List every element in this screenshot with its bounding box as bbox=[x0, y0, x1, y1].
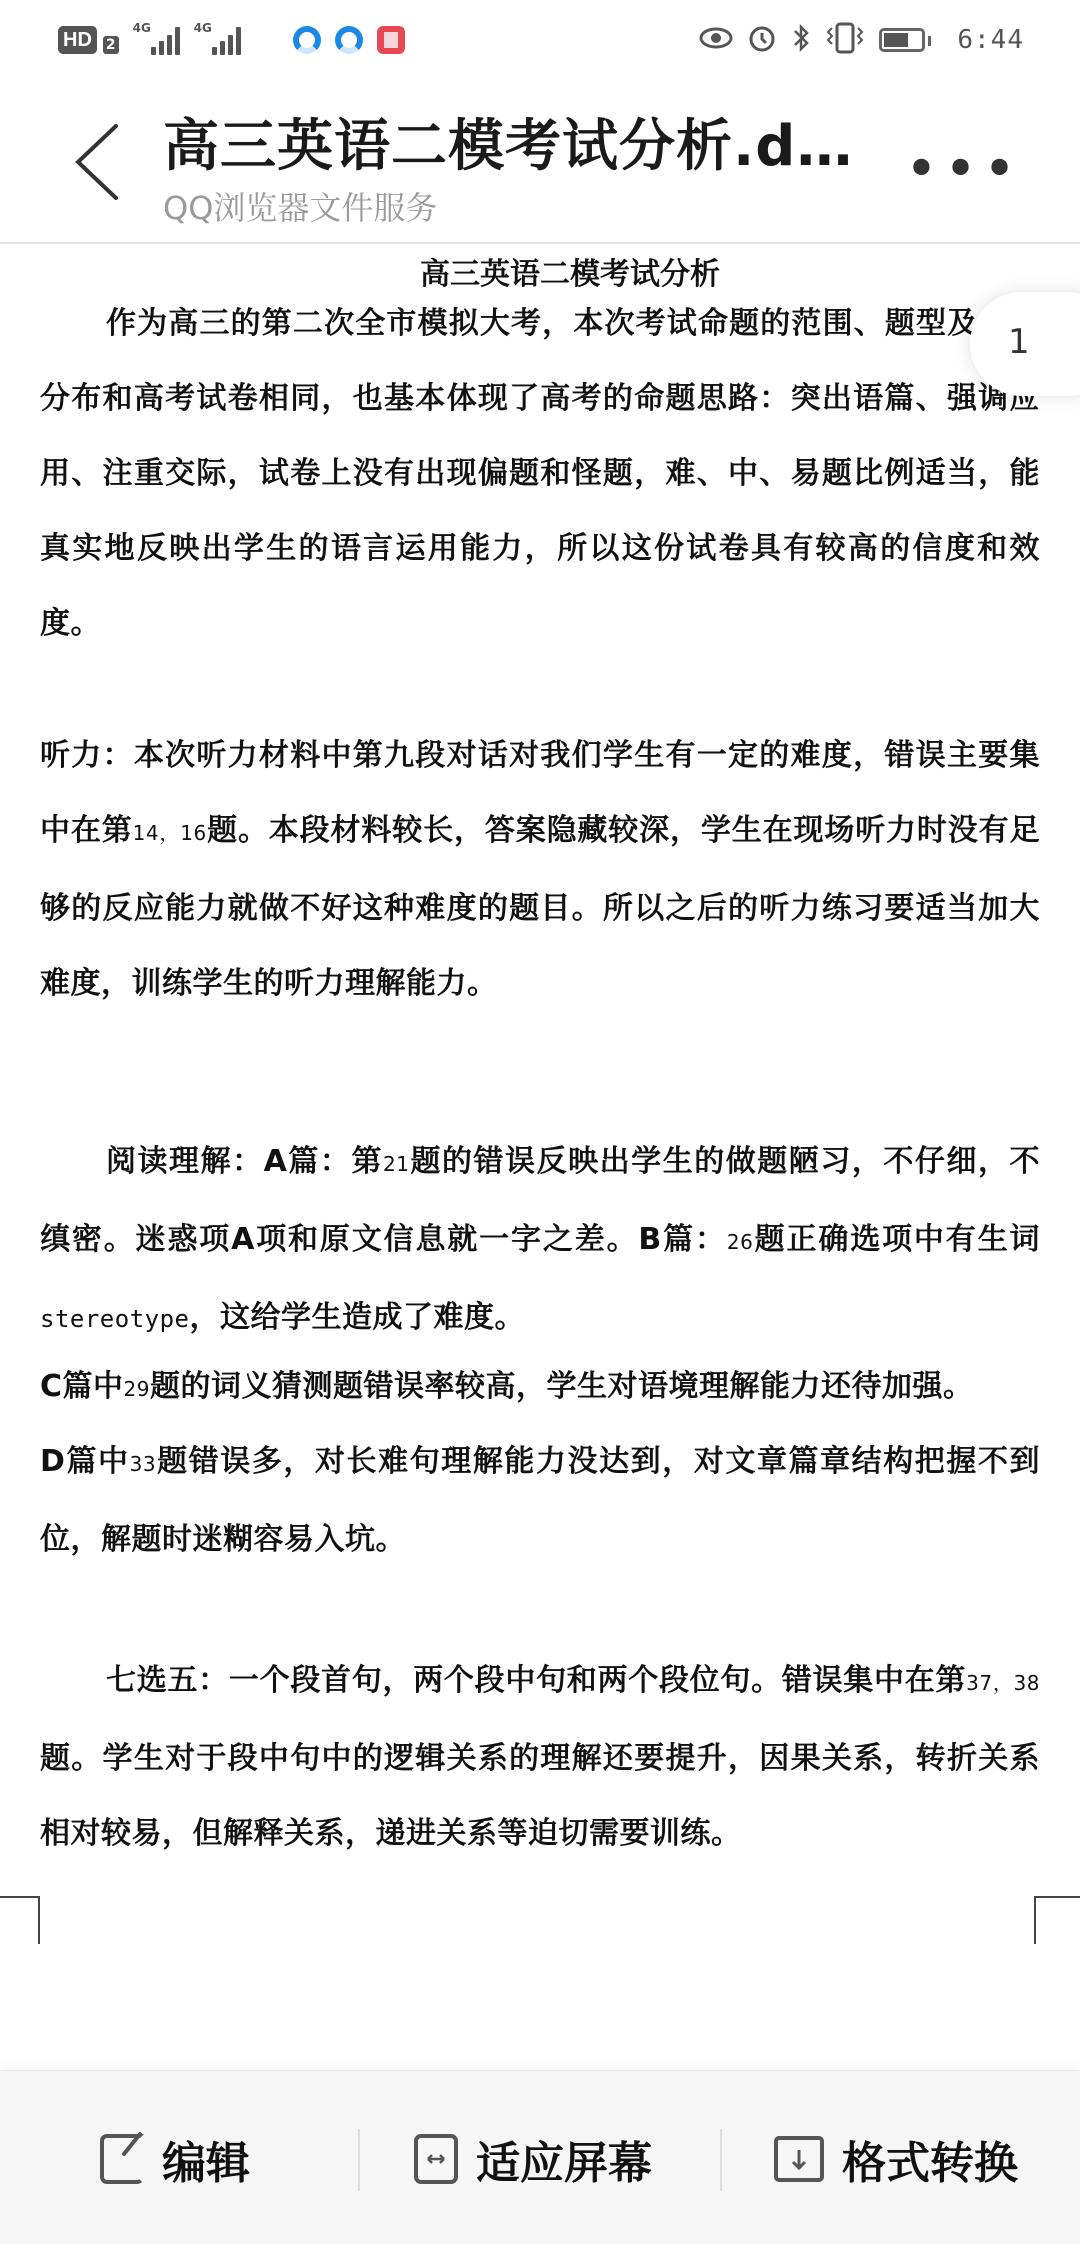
format-convert-button[interactable]: 格式转换 bbox=[774, 2129, 1018, 2189]
fit-width-icon bbox=[414, 2134, 458, 2184]
fit-screen-button[interactable]: 适应屏幕 bbox=[414, 2129, 652, 2189]
question-number: 33 bbox=[130, 1452, 156, 1476]
status-bar-right: 6:44 bbox=[699, 20, 1024, 60]
toolbar-divider bbox=[358, 2129, 360, 2191]
file-source: QQ浏览器文件服务 bbox=[163, 183, 437, 229]
alarm-icon bbox=[747, 23, 777, 58]
signal-4g-icon: 4G bbox=[133, 25, 180, 55]
file-title: 高三英语二模考试分析.d… bbox=[163, 102, 853, 182]
paragraph-seven-choose-five: 七选五：一个段首句，两个段中句和两个段位句。错误集中在第37，38题。学生对于段… bbox=[40, 1643, 1040, 1871]
bottom-toolbar: 编辑 适应屏幕 格式转换 bbox=[0, 2070, 1080, 2244]
chevron-left-icon bbox=[72, 122, 120, 202]
hd-sim-index: 2 bbox=[103, 36, 119, 54]
question-number: 26 bbox=[727, 1230, 753, 1254]
page-indicator[interactable]: 1 bbox=[970, 292, 1080, 396]
paragraph-reading-c: C篇中29题的词义猜测题错误率较高，学生对语境理解能力还待加强。 bbox=[40, 1349, 1040, 1427]
back-button[interactable] bbox=[72, 122, 120, 202]
edit-button[interactable]: 编辑 bbox=[100, 2129, 250, 2189]
paragraph-listening: 听力：本次听力材料中第九段对话对我们学生有一定的难度，错误主要集中在第14，16… bbox=[40, 718, 1040, 1021]
more-menu-button[interactable]: ••• bbox=[905, 150, 1022, 190]
status-bar-left: HD 2 4G 4G bbox=[58, 22, 405, 58]
edit-icon bbox=[100, 2134, 144, 2184]
reader-app-icon bbox=[377, 26, 405, 54]
qq-browser-icon bbox=[335, 26, 363, 54]
bluetooth-icon bbox=[791, 23, 811, 58]
vibrate-icon bbox=[825, 22, 865, 59]
page-corner-mark-left bbox=[0, 1896, 40, 1944]
question-number: 37，38 bbox=[966, 1671, 1040, 1695]
paragraph-reading: 阅读理解：A篇：第21题的错误反映出学生的做题陋习，不仔细，不缜密。迷惑项A项和… bbox=[40, 1124, 1040, 1357]
clock: 6:44 bbox=[957, 25, 1024, 55]
hd-icon: HD bbox=[58, 26, 97, 54]
document-viewer[interactable]: 高三英语二模考试分析 作为高三的第二次全市模拟大考，本次考试命题的范围、题型及分… bbox=[0, 244, 1080, 2064]
qq-browser-icon bbox=[293, 26, 321, 54]
question-number: 29 bbox=[124, 1377, 150, 1401]
english-word: stereotype bbox=[40, 1305, 190, 1333]
page-corner-mark-right bbox=[1034, 1896, 1080, 1944]
paragraph-intro: 作为高三的第二次全市模拟大考，本次考试命题的范围、题型及分值分布和高考试卷相同，… bbox=[40, 286, 1040, 661]
status-bar: HD 2 4G 4G 6:44 bbox=[0, 0, 1080, 80]
question-number: 21 bbox=[383, 1152, 409, 1176]
signal-4g-icon: 4G bbox=[194, 25, 241, 55]
toolbar-divider bbox=[720, 2129, 722, 2191]
folder-download-icon bbox=[774, 2136, 824, 2182]
paragraph-reading-d: D篇中33题错误多，对长难句理解能力没达到，对文章篇章结构把握不到位，解题时迷糊… bbox=[40, 1424, 1040, 1577]
question-number: 14，16 bbox=[133, 821, 207, 845]
eye-icon bbox=[699, 26, 733, 55]
app-header: 高三英语二模考试分析.d… QQ浏览器文件服务 ••• bbox=[0, 80, 1080, 244]
battery-icon bbox=[879, 28, 925, 52]
